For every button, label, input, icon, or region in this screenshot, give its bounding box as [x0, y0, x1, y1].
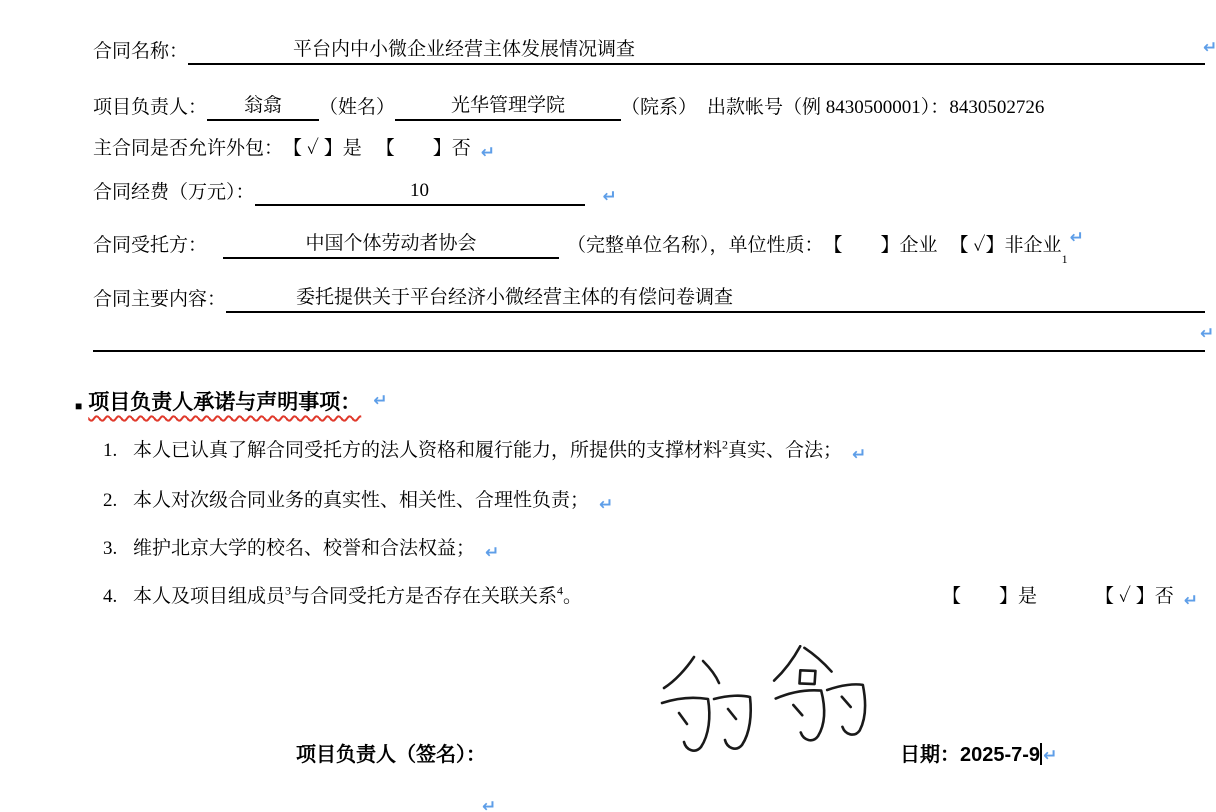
declaration-heading: 项目负责人承诺与声明事项：	[88, 386, 361, 416]
paragraph-return-icon: ↵	[482, 799, 496, 812]
related-option-no[interactable]: 【 ✓ 】否	[1095, 583, 1174, 610]
pi-dept-note: （院系）	[621, 94, 697, 121]
declaration-item-2: 2. 本人对次级合同业务的真实性、相关性、合理性负责； ↵	[103, 487, 1198, 514]
main-content-label: 合同主要内容：	[93, 286, 226, 313]
pi-name-value: 翁翕	[244, 95, 282, 116]
pi-name-field[interactable]: 翁翕	[207, 92, 319, 121]
paragraph-return-icon: ↵	[1070, 230, 1084, 247]
outsourcing-label: 主合同是否允许外包：	[93, 135, 283, 162]
account-label: 出款帐号（例 8430500001）：	[707, 94, 949, 121]
paragraph-return-icon: ↵	[373, 393, 387, 410]
item-text: 本人已认真了解合同受托方的法人资格和履行能力，所提供的支撑材料2真实、合法；	[133, 437, 842, 464]
main-content-field[interactable]: 委托提供关于平台经济小微经营主体的有偿问卷调查	[226, 284, 1205, 313]
item-number: 3.	[103, 535, 133, 562]
consignee-field[interactable]: 中国个体劳动者协会	[223, 230, 559, 259]
paragraph-return-icon: ↵	[852, 447, 866, 464]
funding-row: 合同经费（万元）： 10 ↵	[93, 177, 1205, 206]
paragraph-return-icon: ↵	[603, 189, 617, 206]
item-number: 1.	[103, 437, 133, 464]
item-number: 4.	[103, 583, 133, 610]
outsourcing-option-yes[interactable]: 【 ✓ 】是	[283, 135, 362, 162]
signature-handwriting	[652, 645, 867, 770]
paragraph-return-icon: ↵	[599, 497, 613, 514]
paragraph-return-icon: ↵	[1203, 40, 1216, 57]
main-content-continuation-field[interactable]	[93, 330, 1205, 352]
paragraph-return-icon: ↵	[481, 145, 495, 162]
contract-name-row: 合同名称： 平台内中小微企业经营主体发展情况调查	[93, 36, 1205, 65]
paragraph-return-icon: ↵	[1184, 593, 1198, 610]
declaration-item-1: 1. 本人已认真了解合同受托方的法人资格和履行能力，所提供的支撑材料2真实、合法…	[103, 437, 1198, 464]
consignee-label: 合同受托方：	[93, 232, 207, 259]
item-text: 维护北京大学的校名、校誉和合法权益；	[133, 535, 475, 562]
pi-row: 项目负责人： 翁翕 （姓名） 光华管理学院 （院系） 出款帐号（例 843050…	[93, 92, 1205, 121]
declaration-heading-row: ■ 项目负责人承诺与声明事项： ↵	[75, 386, 388, 416]
entity-option-non-enterprise[interactable]: 【 ✓】非企业	[950, 232, 1062, 259]
entity-option-enterprise[interactable]: 【 】企业	[824, 232, 938, 259]
contract-name-field[interactable]: 平台内中小微企业经营主体发展情况调查	[188, 36, 1205, 65]
pi-name-note: （姓名）	[319, 94, 395, 121]
paragraph-return-icon: ↵	[485, 545, 499, 562]
funding-value: 10	[410, 180, 429, 201]
paragraph-return-icon: ↵	[1200, 326, 1214, 343]
declaration-item-4: 4. 本人及项目组成员3与合同受托方是否存在关联关系4。 【 】是 【 ✓ 】否…	[103, 583, 1198, 610]
declaration-item-3: 3. 维护北京大学的校名、校誉和合法权益； ↵	[103, 535, 1198, 562]
contract-name-value: 平台内中小微企业经营主体发展情况调查	[293, 39, 635, 60]
main-content-value: 委托提供关于平台经济小微经营主体的有偿问卷调查	[296, 287, 733, 308]
pi-dept-value: 光华管理学院	[451, 95, 565, 116]
funding-field[interactable]: 10	[255, 177, 585, 206]
item-text: 本人对次级合同业务的真实性、相关性、合理性负责；	[133, 487, 589, 514]
contract-form-page: 合同名称： 平台内中小微企业经营主体发展情况调查 ↵ 项目负责人： 翁翕 （姓名…	[0, 0, 1216, 812]
consignee-row: 合同受托方： 中国个体劳动者协会 （完整单位名称），单位性质： 【 】企业 【 …	[93, 230, 1205, 259]
pi-dept-field[interactable]: 光华管理学院	[395, 92, 621, 121]
related-party-options: 【 】是 【 ✓ 】否 ↵	[942, 583, 1198, 610]
contract-name-label: 合同名称：	[93, 38, 188, 65]
pi-label: 项目负责人：	[93, 94, 207, 121]
square-bullet-icon: ■	[75, 399, 82, 414]
date-value[interactable]: 2025-7-9	[960, 744, 1040, 766]
paragraph-return-icon: ↵	[1043, 746, 1057, 766]
date-label: 日期：	[900, 744, 960, 766]
text-cursor	[1040, 743, 1042, 765]
consignee-value: 中国个体劳动者协会	[306, 233, 477, 254]
related-option-yes[interactable]: 【 】是	[942, 583, 1037, 610]
date-block: 日期：2025-7-9↵	[900, 738, 1057, 767]
account-value[interactable]: 8430502726	[949, 94, 1044, 121]
item-number: 2.	[103, 487, 133, 514]
outsourcing-option-no[interactable]: 【 】否	[376, 135, 471, 162]
item-text: 本人及项目组成员3与合同受托方是否存在关联关系4。	[133, 583, 582, 610]
signature-label: 项目负责人（签名）：	[296, 738, 486, 767]
funding-label: 合同经费（万元）：	[93, 179, 255, 206]
main-content-row: 合同主要内容： 委托提供关于平台经济小微经营主体的有偿问卷调查	[93, 284, 1205, 313]
consignee-note: （完整单位名称），单位性质：	[567, 232, 824, 259]
outsourcing-row: 主合同是否允许外包： 【 ✓ 】是 【 】否 ↵	[93, 135, 1205, 162]
